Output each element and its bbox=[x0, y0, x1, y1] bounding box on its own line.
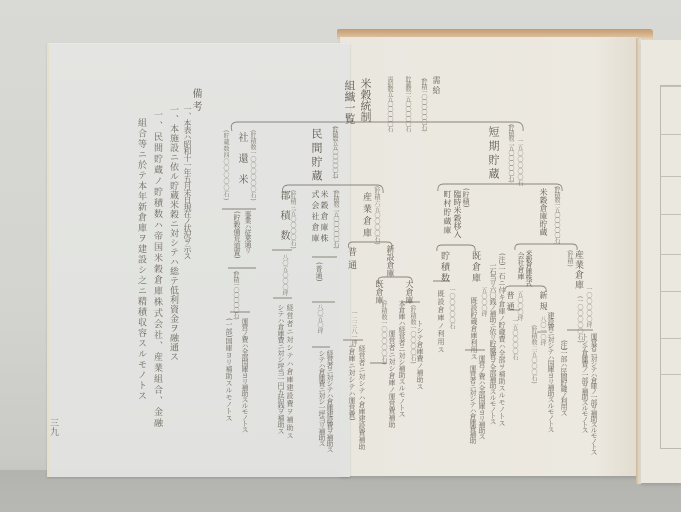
document-photo: 閣 人 7618 4640 4719 1369 8886 27121 bbox=[0, 0, 681, 512]
note-item: 一、民間貯蔵ノ貯積数ハ帝国米穀倉庫株式会社、産業組合、金融 bbox=[153, 110, 161, 429]
node-detail: 一〇〇〇〇〇坪 bbox=[585, 286, 592, 328]
node-grandchild: 大倉庫 bbox=[405, 280, 413, 304]
node-temporary-label: 臨時米穀移入 bbox=[453, 190, 461, 238]
node-child: 新設倉庫 bbox=[386, 245, 394, 277]
node-desc: 一二三八一坪 bbox=[350, 310, 357, 346]
node-desc: (貯積数一〇〇〇〇〇石) bbox=[380, 300, 387, 365]
node-shakan-label: 社還米 bbox=[237, 132, 245, 195]
node-private-label: 民間貯蔵 bbox=[312, 128, 320, 184]
node-desc: 運営ノ費ハ全部国庫ヨリ補助スルモノトス bbox=[241, 318, 249, 432]
page-number: 三九 bbox=[49, 418, 57, 436]
node-detail: (注)一部ハ民間貯蔵ノ利用ス bbox=[560, 340, 568, 415]
node-detail: 既設貯蔵倉庫利用ス bbox=[470, 297, 478, 360]
node-company-label: 式会社倉庫 bbox=[311, 190, 319, 245]
node-temporary-label: 町村貯蔵庫 bbox=[443, 190, 451, 235]
node-temporary-label: (貯積) bbox=[462, 188, 470, 207]
node-warehouse-label: 米穀倉庫貯蔵 bbox=[539, 188, 547, 236]
node-company-label: 米穀倉庫株式 bbox=[525, 250, 533, 286]
node-area: 八〇五〇〇〇坪 bbox=[281, 254, 288, 296]
node-desc: 本倉庫ハ経営者ニ対シ補助スルモノトス bbox=[398, 300, 406, 417]
node-child: 既倉庫 bbox=[471, 251, 479, 284]
node-short-term-label: 短期貯蔵 bbox=[489, 126, 497, 182]
node-desc: 経営者ニ対シテハ倉庫建設費ヲ補助ス bbox=[286, 304, 294, 440]
node-detail: 五〇〇〇坪 bbox=[480, 287, 487, 317]
node-annotation: (貯積数一五〇〇〇〇〇石) bbox=[553, 186, 560, 244]
root-title: 米穀統制 bbox=[361, 78, 369, 122]
notes-heading: 備考 bbox=[191, 88, 199, 114]
note-item: 組合等ニ於テ本年新倉庫ヲ建設シ之ニ精積収容スルモノトス bbox=[137, 118, 145, 402]
node-annotation: (貯積六五〇〇〇〇石) bbox=[373, 186, 380, 245]
root-annotation: 需給 bbox=[432, 76, 440, 96]
root-annotation: (貯積一〇〇〇〇〇〇石) bbox=[420, 78, 427, 131]
node-annotation: (貯蔵数四〇〇〇〇〇石) bbox=[222, 130, 229, 201]
node-detail: 八〇一〇坪 bbox=[539, 316, 546, 346]
node-company-label: 会社倉庫 bbox=[517, 252, 525, 280]
node-type: (普通) bbox=[315, 262, 323, 281]
node-industrial-label: 産業倉庫 bbox=[362, 192, 370, 240]
node-detail: 運営者ニ対シテハ倉庫ノ一部ヲ補助スルモノトス bbox=[590, 333, 598, 454]
node-count: (貯積一〇〇〇〇〇石) bbox=[232, 271, 239, 319]
node-child: 新規 bbox=[539, 291, 547, 313]
node-annotation: (貯積) bbox=[566, 250, 573, 267]
node-detail: 建設費ニ対シテハ国庫ヨリ補助スルモノトス bbox=[547, 312, 555, 432]
node-desc: シテハ倉庫費ニ対シ坪当一円五拾銭ヲ補助ス bbox=[277, 304, 285, 434]
node-detail: 五〇〇〇坪 bbox=[516, 291, 523, 321]
node-annotation: (貯積数二五〇〇〇〇〇石) bbox=[332, 190, 339, 248]
node-desc: トシテ倉庫費ノ補助ス bbox=[416, 320, 424, 390]
node-desc: 運営者ニ対シ倉庫ノ運営費補助 bbox=[388, 330, 396, 428]
note-item: 一、本表ハ昭和十一年五月末日現在ノ状況ヲ示ス bbox=[183, 105, 191, 259]
node-sub: (貯穀備荒道置) bbox=[233, 211, 241, 258]
node-detail: 一五〇〇〇〇石 bbox=[511, 318, 518, 360]
node-area: 八〇五〇坪 bbox=[316, 304, 323, 334]
node-company-label: 米穀倉庫株 bbox=[320, 190, 328, 245]
node-desc: (倉庫ニ対シテハ運営費) bbox=[348, 345, 356, 420]
node-detail: 運営者ニ対シテハ倉庫費補助 bbox=[469, 365, 477, 443]
node-detail: トシテ倉庫費ノ一部ヲ補助スルモノトス bbox=[581, 333, 589, 432]
node-industrial-label: 産業倉庫 bbox=[574, 250, 582, 290]
node-desc: 経営者ニ対シテハ倉庫建設費補助 bbox=[358, 345, 366, 450]
node-annotation: 一五〇〇〇〇〇石 bbox=[516, 138, 523, 186]
node-detail: 運営ノ費ハ全部国庫ヨリ補助ス bbox=[478, 355, 486, 439]
node-desc: (一部)国庫ヨリ補助スルモノトス bbox=[225, 318, 233, 421]
node-gunseki-label: 郡積数 bbox=[279, 190, 287, 250]
root-annotation: 貯蔵数一五〇〇〇〇〇石 bbox=[404, 76, 411, 131]
node-annotation: (貯積三五〇〇〇〇石) bbox=[289, 190, 296, 249]
node-child: 普通 bbox=[506, 291, 514, 313]
node-detail: 一〇〇〇〇〇石 bbox=[448, 287, 455, 329]
node-annotation: (貯積数五五〇〇〇〇〇石) bbox=[331, 126, 338, 177]
node-desc: (貯積数一〇〇〇〇石) bbox=[409, 305, 416, 364]
root-annotation: 需給数五五〇〇〇〇〇石 bbox=[386, 76, 393, 131]
node-detail: (貯積数二五〇〇〇石) bbox=[530, 325, 537, 384]
root-title: 組織一覧 bbox=[345, 80, 353, 124]
node-child: 普通 bbox=[347, 247, 355, 273]
note-item: 一、本施設ニ依ル貯蔵米穀ニ対シテハ総テ低利資金ヲ融通ス bbox=[169, 105, 177, 362]
node-desc: シテハ倉庫費ニ対シ一坪当リ補助ス bbox=[318, 350, 326, 446]
node-child: 貯積数 bbox=[440, 251, 448, 284]
node-annotation: (貯積数二五〇〇〇〇〇石) bbox=[507, 124, 514, 182]
node-note: (注)一石ニ付キ倉庫ノ貯蔵費ハ全部ヲ補助スルモノトス bbox=[498, 253, 506, 426]
node-sub: 事業ハ従来通リ bbox=[244, 211, 252, 253]
node-annotation: (貯積数一〇〇〇〇〇〇石) bbox=[249, 130, 256, 201]
node-note: 一石当リ六〇銭ノ補助ニ依リ貯蔵費ヲ全部補助スルモノトス bbox=[489, 262, 497, 424]
node-desc: 経営者ニ対シテハ倉庫建設費ヲ補助ス bbox=[326, 350, 334, 452]
node-detail: 既設倉庫ノ利用ス bbox=[437, 290, 445, 354]
